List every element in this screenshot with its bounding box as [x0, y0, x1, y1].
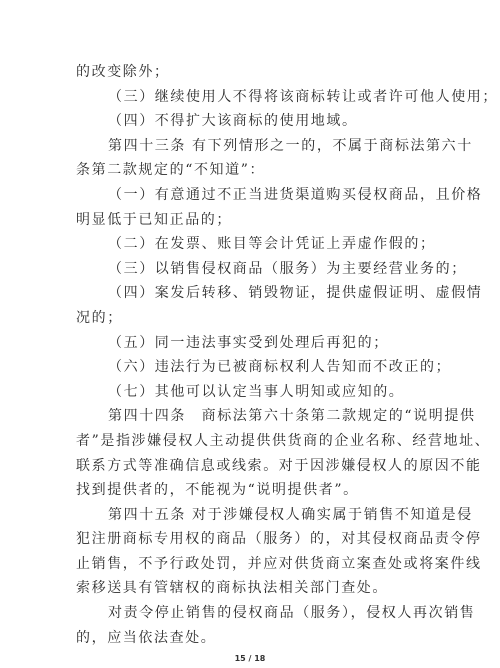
text-line: 的改变除外；	[76, 60, 436, 85]
text-line: （一）有意通过不正当进货渠道购买侵权商品，且价格	[76, 183, 436, 208]
text-line: 犯注册商标专用权的商品（服务）的，对其侵权商品责令停	[76, 527, 436, 552]
article-45-heading-line: 第四十五条 对于涉嫌侵权人确实属于销售不知道是侵	[76, 503, 436, 528]
text-line: 的，应当依法查处。	[76, 626, 436, 651]
text-line: 找到提供者的，不能视为“说明提供者”。	[76, 478, 436, 503]
text-line: （四）案发后转移、销毁物证，提供虚假证明、虚假情	[76, 281, 436, 306]
text-line: 对责令停止销售的侵权商品（服务），侵权人再次销售	[76, 601, 436, 626]
text-line: （五）同一违法事实受到处理后再犯的；	[76, 331, 436, 356]
text-line: （六）违法行为已被商标权利人告知而不改正的；	[76, 355, 436, 380]
text-line: （四）不得扩大该商标的使用地域。	[76, 109, 436, 134]
document-page: 的改变除外； （三）继续使用人不得将该商标转让或者许可他人使用； （四）不得扩大…	[0, 0, 500, 668]
document-body: 的改变除外； （三）继续使用人不得将该商标转让或者许可他人使用； （四）不得扩大…	[76, 60, 436, 650]
text-line: （三）以销售侵权商品（服务）为主要经营业务的；	[76, 257, 436, 282]
text-line: （七）其他可以认定当事人明知或应知的。	[76, 380, 436, 405]
text-line: 联系方式等准确信息或线索。对于因涉嫌侵权人的原因不能	[76, 454, 436, 479]
article-43-heading-line: 第四十三条 有下列情形之一的，不属于商标法第六十	[76, 134, 436, 159]
text-line: 条第二款规定的“不知道”：	[76, 158, 436, 183]
text-line: 止销售，不予行政处罚，并应对供货商立案查处或将案件线	[76, 552, 436, 577]
article-44-heading-line: 第四十四条 商标法第六十条第二款规定的“说明提供	[76, 404, 436, 429]
text-line: （三）继续使用人不得将该商标转让或者许可他人使用；	[76, 85, 436, 110]
text-line: 索移送具有管辖权的商标执法相关部门查处。	[76, 576, 436, 601]
text-line: 者”是指涉嫌侵权人主动提供供货商的企业名称、经营地址、	[76, 429, 436, 454]
text-line: （二）在发票、账目等会计凭证上弄虚作假的；	[76, 232, 436, 257]
text-line: 明显低于已知正品的；	[76, 208, 436, 233]
page-number: 15 / 18	[0, 654, 500, 663]
text-line: 况的；	[76, 306, 436, 331]
